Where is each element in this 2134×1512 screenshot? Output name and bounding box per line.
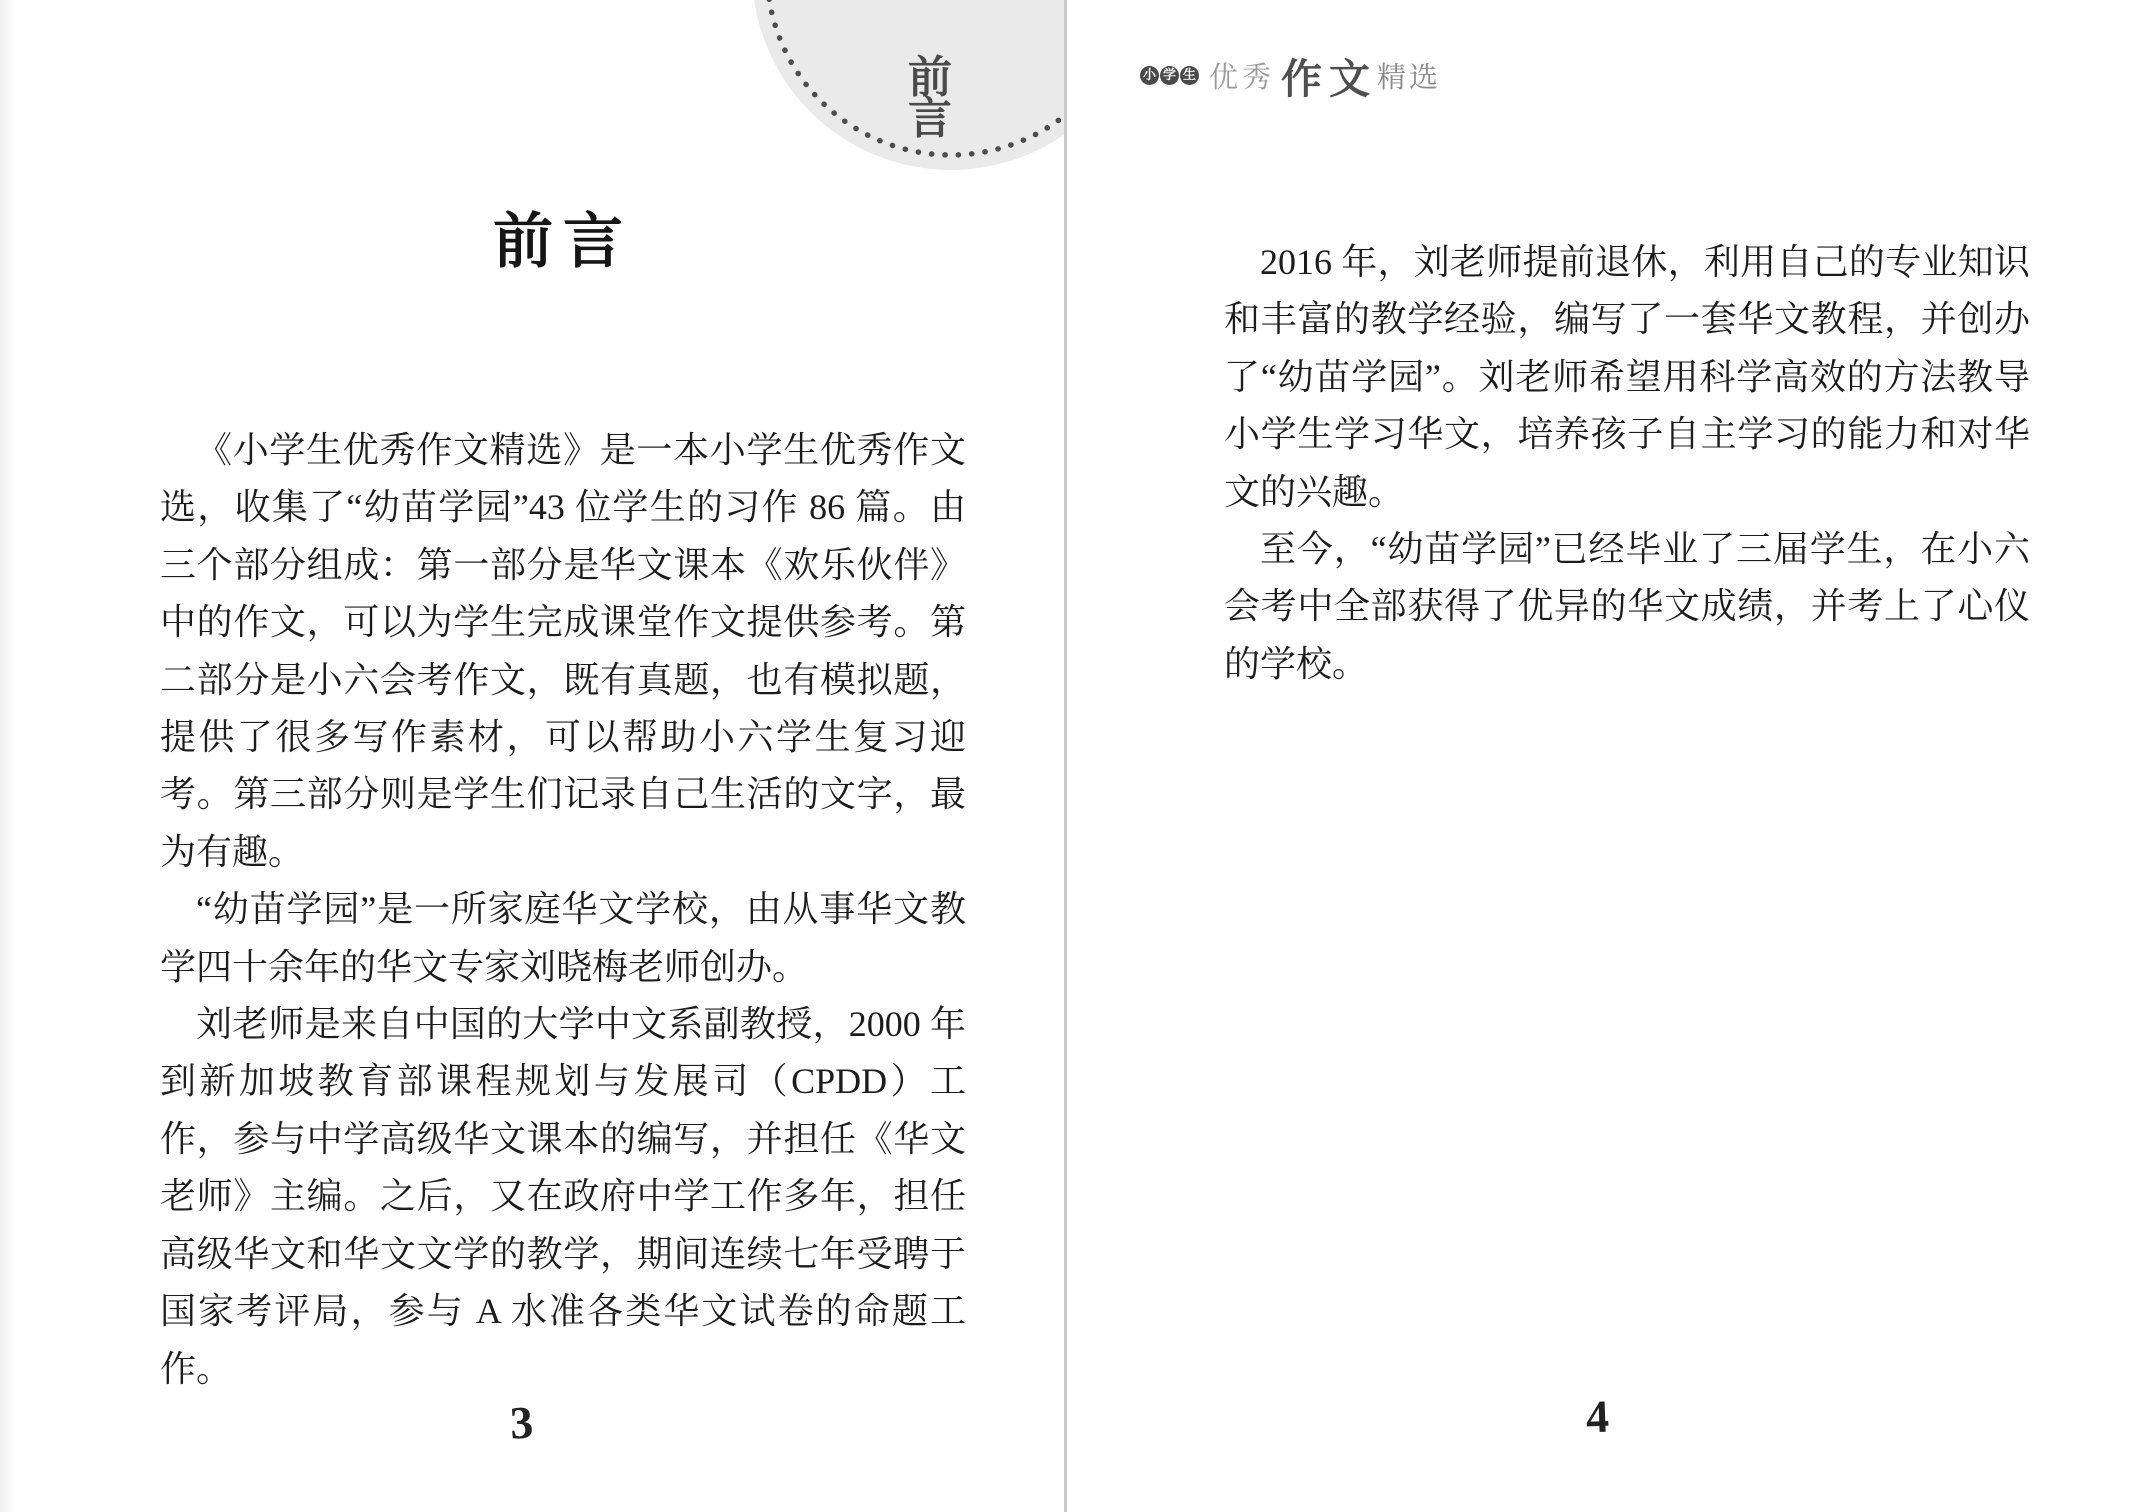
preface-corner-badge: 前 言 (753, 0, 1065, 210)
paragraph: 刘老师是来自中国的大学中文系副教授，2000 年到新加坡教育部课程规划与发展司（… (160, 996, 966, 1398)
brand-text-medium: 精选 (1377, 55, 1441, 96)
page-number-right: 4 (1585, 1390, 1610, 1444)
badge-label-char: 言 (908, 93, 952, 144)
brand-text-light: 优秀 (1209, 55, 1275, 96)
preface-title: 前言 (160, 206, 966, 278)
paragraph: 《小学生优秀作文精选》是一本小学生优秀作文选，收集了“幼苗学园”43 位学生的习… (160, 422, 966, 881)
left-page-body: 《小学生优秀作文精选》是一本小学生优秀作文选，收集了“幼苗学园”43 位学生的习… (160, 422, 966, 1398)
gutter-divider (1064, 0, 1067, 1512)
paragraph: “幼苗学园”是一所家庭华文学校，由从事华文教学四十余年的华文专家刘晓梅老师创办。 (160, 881, 966, 996)
page-number-left: 3 (509, 1395, 535, 1449)
paragraph: 2016 年，刘老师提前退休，利用自己的专业知识和丰富的教学经验，编写了一套华文… (1224, 234, 2030, 521)
brand-circle-char: 小 (1140, 66, 1159, 85)
brand-text-bold: 作文 (1281, 46, 1377, 105)
brand-circle-char: 生 (1180, 66, 1199, 85)
page-edge-shade (0, 0, 16, 1512)
paragraph: 至今，“幼苗学园”已经毕业了三届学生，在小六会考中全部获得了优异的华文成绩，并考… (1224, 521, 2030, 693)
right-page-body: 2016 年，刘老师提前退休，利用自己的专业知识和丰富的教学经验，编写了一套华文… (1224, 234, 2030, 693)
brand-circle-char: 学 (1160, 66, 1179, 85)
brand-logo: 小 学 生 优秀 作文 精选 (1140, 48, 1441, 102)
book-spread: 前 言 前言 《小学生优秀作文精选》是一本小学生优秀作文选，收集了“幼苗学园”4… (0, 0, 2134, 1512)
